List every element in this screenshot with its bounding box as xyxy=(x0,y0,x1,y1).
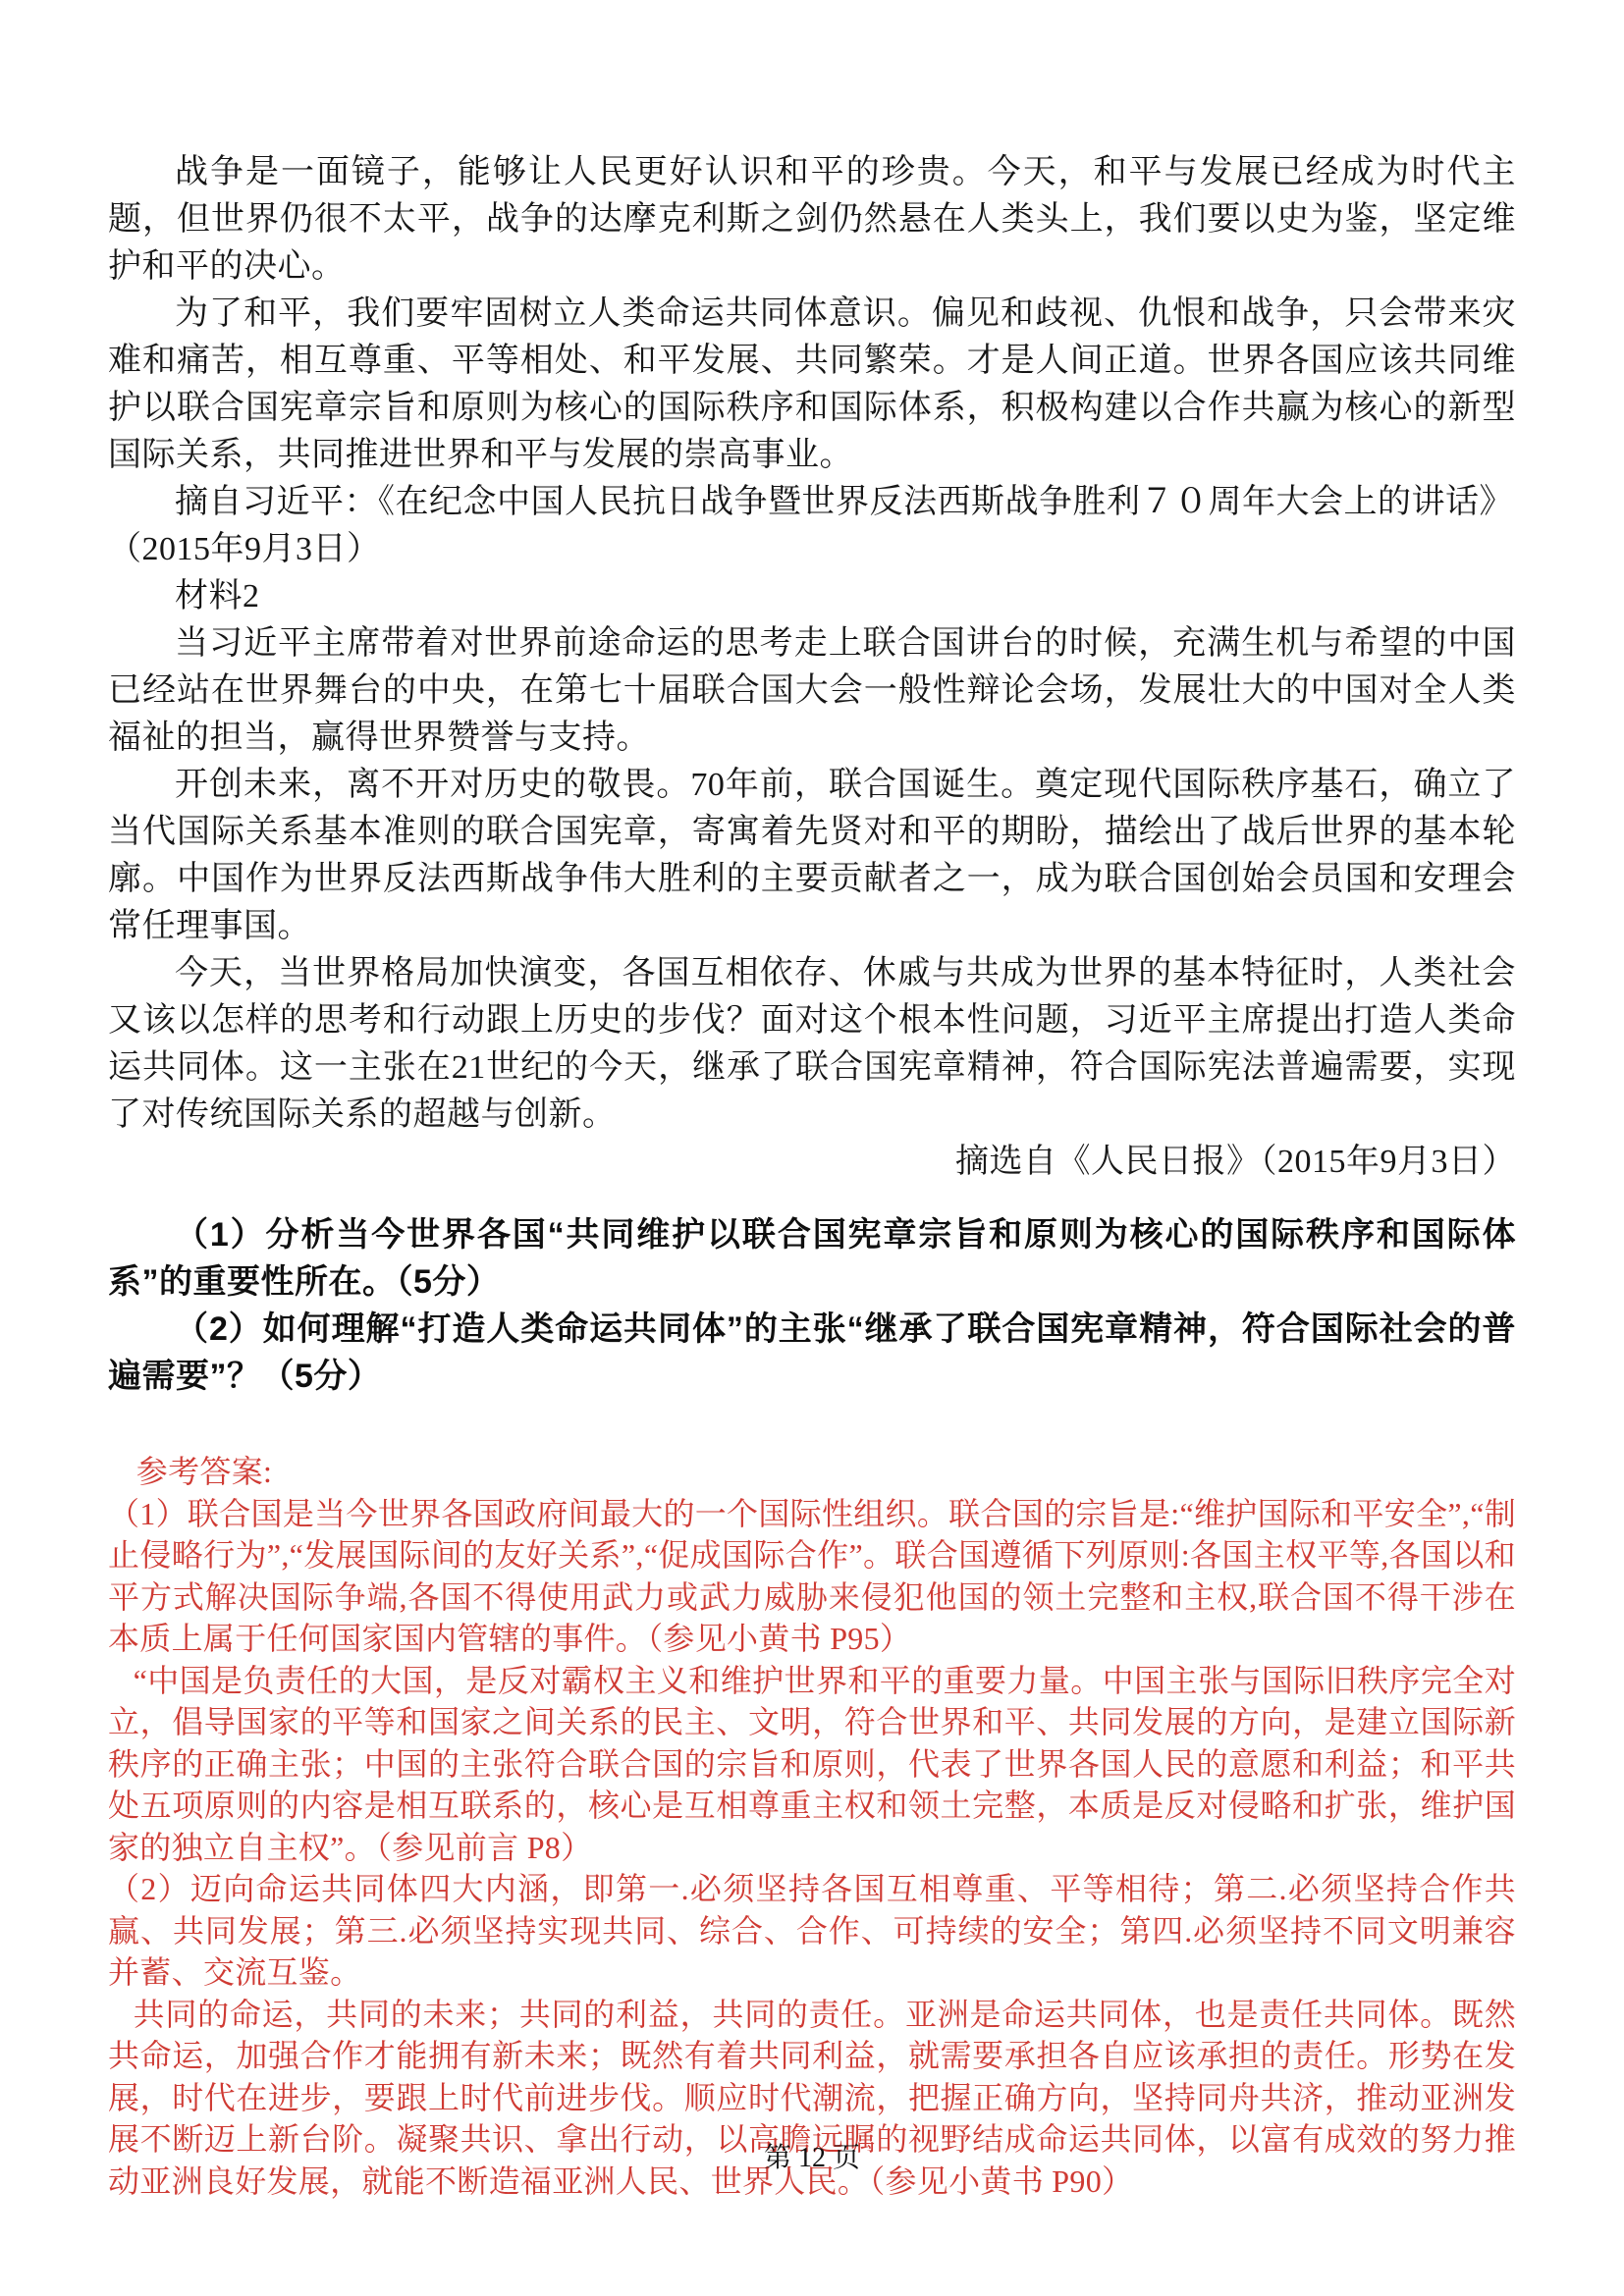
questions-section: （1）分析当今世界各国“共同维护以联合国宪章宗旨和原则为核心的国际秩序和国际体系… xyxy=(108,1211,1516,1400)
question-2: （2）如何理解“打造人类命运共同体”的主张“继承了联合国宪章精神，符合国际社会的… xyxy=(108,1306,1516,1400)
material1-attribution-line1: 摘自习近平：《在纪念中国人民抗日战争暨世界反法西斯战争胜利７０周年大会上的讲话》 xyxy=(108,479,1516,526)
answer-paragraph-1: （1）联合国是当今世界各国政府间最大的一个国际性组织。联合国的宗旨是:“维护国际… xyxy=(108,1493,1516,1660)
answer-paragraph-2: “中国是负责任的大国，是反对霸权主义和维护世界和平的重要力量。中国主张与国际旧秩… xyxy=(108,1660,1516,1869)
question-1: （1）分析当今世界各国“共同维护以联合国宪章宗旨和原则为核心的国际秩序和国际体系… xyxy=(108,1211,1516,1306)
page-number: 第 12 页 xyxy=(0,2136,1624,2175)
material1-section: 战争是一面镜子，能够让人民更好认识和平的珍贵。今天，和平与发展已经成为时代主题，… xyxy=(108,149,1516,573)
reference-answers-heading: 参考答案: xyxy=(108,1451,1516,1493)
material2-paragraph-3: 今天，当世界格局加快演变，各国互相依存、休戚与共成为世界的基本特征时，人类社会又… xyxy=(108,950,1516,1139)
material1-paragraph-1: 战争是一面镜子，能够让人民更好认识和平的珍贵。今天，和平与发展已经成为时代主题，… xyxy=(108,149,1516,291)
reference-answers-section: 参考答案: （1）联合国是当今世界各国政府间最大的一个国际性组织。联合国的宗旨是… xyxy=(108,1451,1516,2202)
material1-paragraph-2: 为了和平，我们要牢固树立人类命运共同体意识。偏见和歧视、仇恨和战争，只会带来灾难… xyxy=(108,291,1516,479)
material2-section: 材料2 当习近平主席带着对世界前途命运的思考走上联合国讲台的时候，充满生机与希望… xyxy=(108,573,1516,1186)
material2-paragraph-2: 开创未来，离不开对历史的敬畏。70年前，联合国诞生。奠定现代国际秩序基石，确立了… xyxy=(108,762,1516,950)
material1-attribution-line2: （2015年9月3日） xyxy=(108,526,1516,573)
material2-paragraph-1: 当习近平主席带着对世界前途命运的思考走上联合国讲台的时候，充满生机与希望的中国已… xyxy=(108,620,1516,762)
answer-paragraph-3: （2）迈向命运共同体四大内涵，即第一.必须坚持各国互相尊重、平等相待；第二.必须… xyxy=(108,1868,1516,1994)
document-page: 战争是一面镜子，能够让人民更好认识和平的珍贵。今天，和平与发展已经成为时代主题，… xyxy=(0,0,1624,2296)
material2-attribution: 摘选自《人民日报》（2015年9月3日） xyxy=(108,1139,1516,1186)
material2-label: 材料2 xyxy=(108,573,1516,620)
